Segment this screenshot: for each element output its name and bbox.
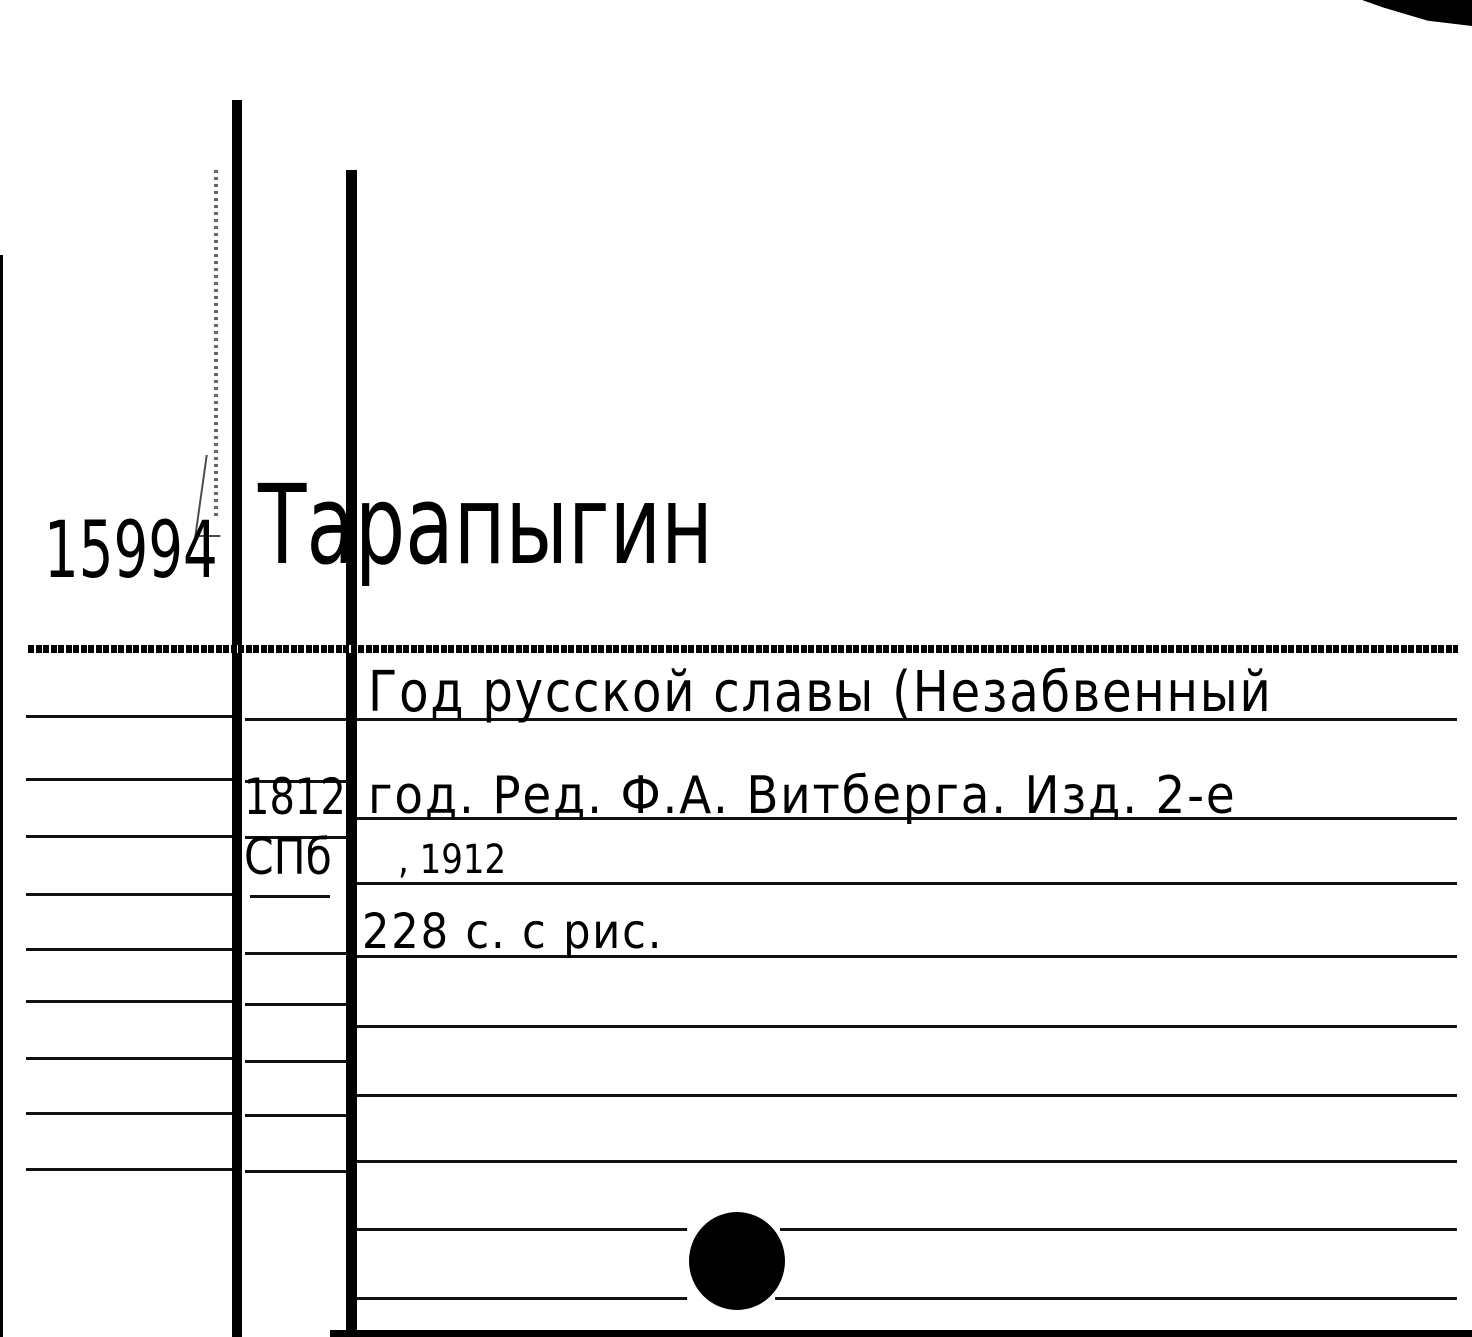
ruled-line [357,1025,1457,1028]
title-line: Год русской славы (Незабвенный [368,665,1272,721]
ruled-line [245,952,347,955]
ruled-line [26,1000,232,1003]
ruled-line [26,1112,232,1115]
card-bottom-edge [330,1330,1472,1337]
publication-year: , 1912 [398,840,506,880]
ruled-line [26,1057,232,1060]
ruled-line [26,1168,232,1171]
punch-hole [689,1212,785,1310]
ruled-line [245,1060,347,1063]
ruled-line [357,882,1457,885]
ruled-line [26,835,232,838]
ruled-line [357,1228,687,1231]
ruled-line [250,895,330,898]
ruled-line [26,893,232,896]
left-margin-rule [232,100,242,1337]
ruled-line [775,1297,1457,1300]
author-name: Тарапыгин [258,470,713,580]
card-left-edge [0,255,3,1337]
publication-place: СПб [244,832,332,882]
ruled-line [245,718,347,721]
ruled-line [245,1003,347,1006]
catalog-card: 15994 Тарапыгин Год русской славы (Незаб… [0,0,1472,1337]
pagination: 228 с. с рис. [362,908,663,956]
title-continuation: год. Ред. Ф.А. Витберга. Изд. 2-е [368,770,1236,822]
ruled-line [245,1170,347,1173]
ruled-line [357,1094,1457,1097]
header-rule [28,645,1458,653]
year-in-title: 1812 [244,772,346,822]
ruled-line [26,948,232,951]
inventory-number: 15994 [44,512,218,590]
ruled-line [245,1114,347,1117]
ruled-line [26,778,232,781]
ruled-line [26,715,232,718]
ruled-line [357,1160,1457,1163]
scan-corner-shadow [1362,0,1472,26]
indent-margin-rule [346,170,357,1337]
ruled-line [357,1297,687,1300]
ruled-line [780,1228,1457,1231]
